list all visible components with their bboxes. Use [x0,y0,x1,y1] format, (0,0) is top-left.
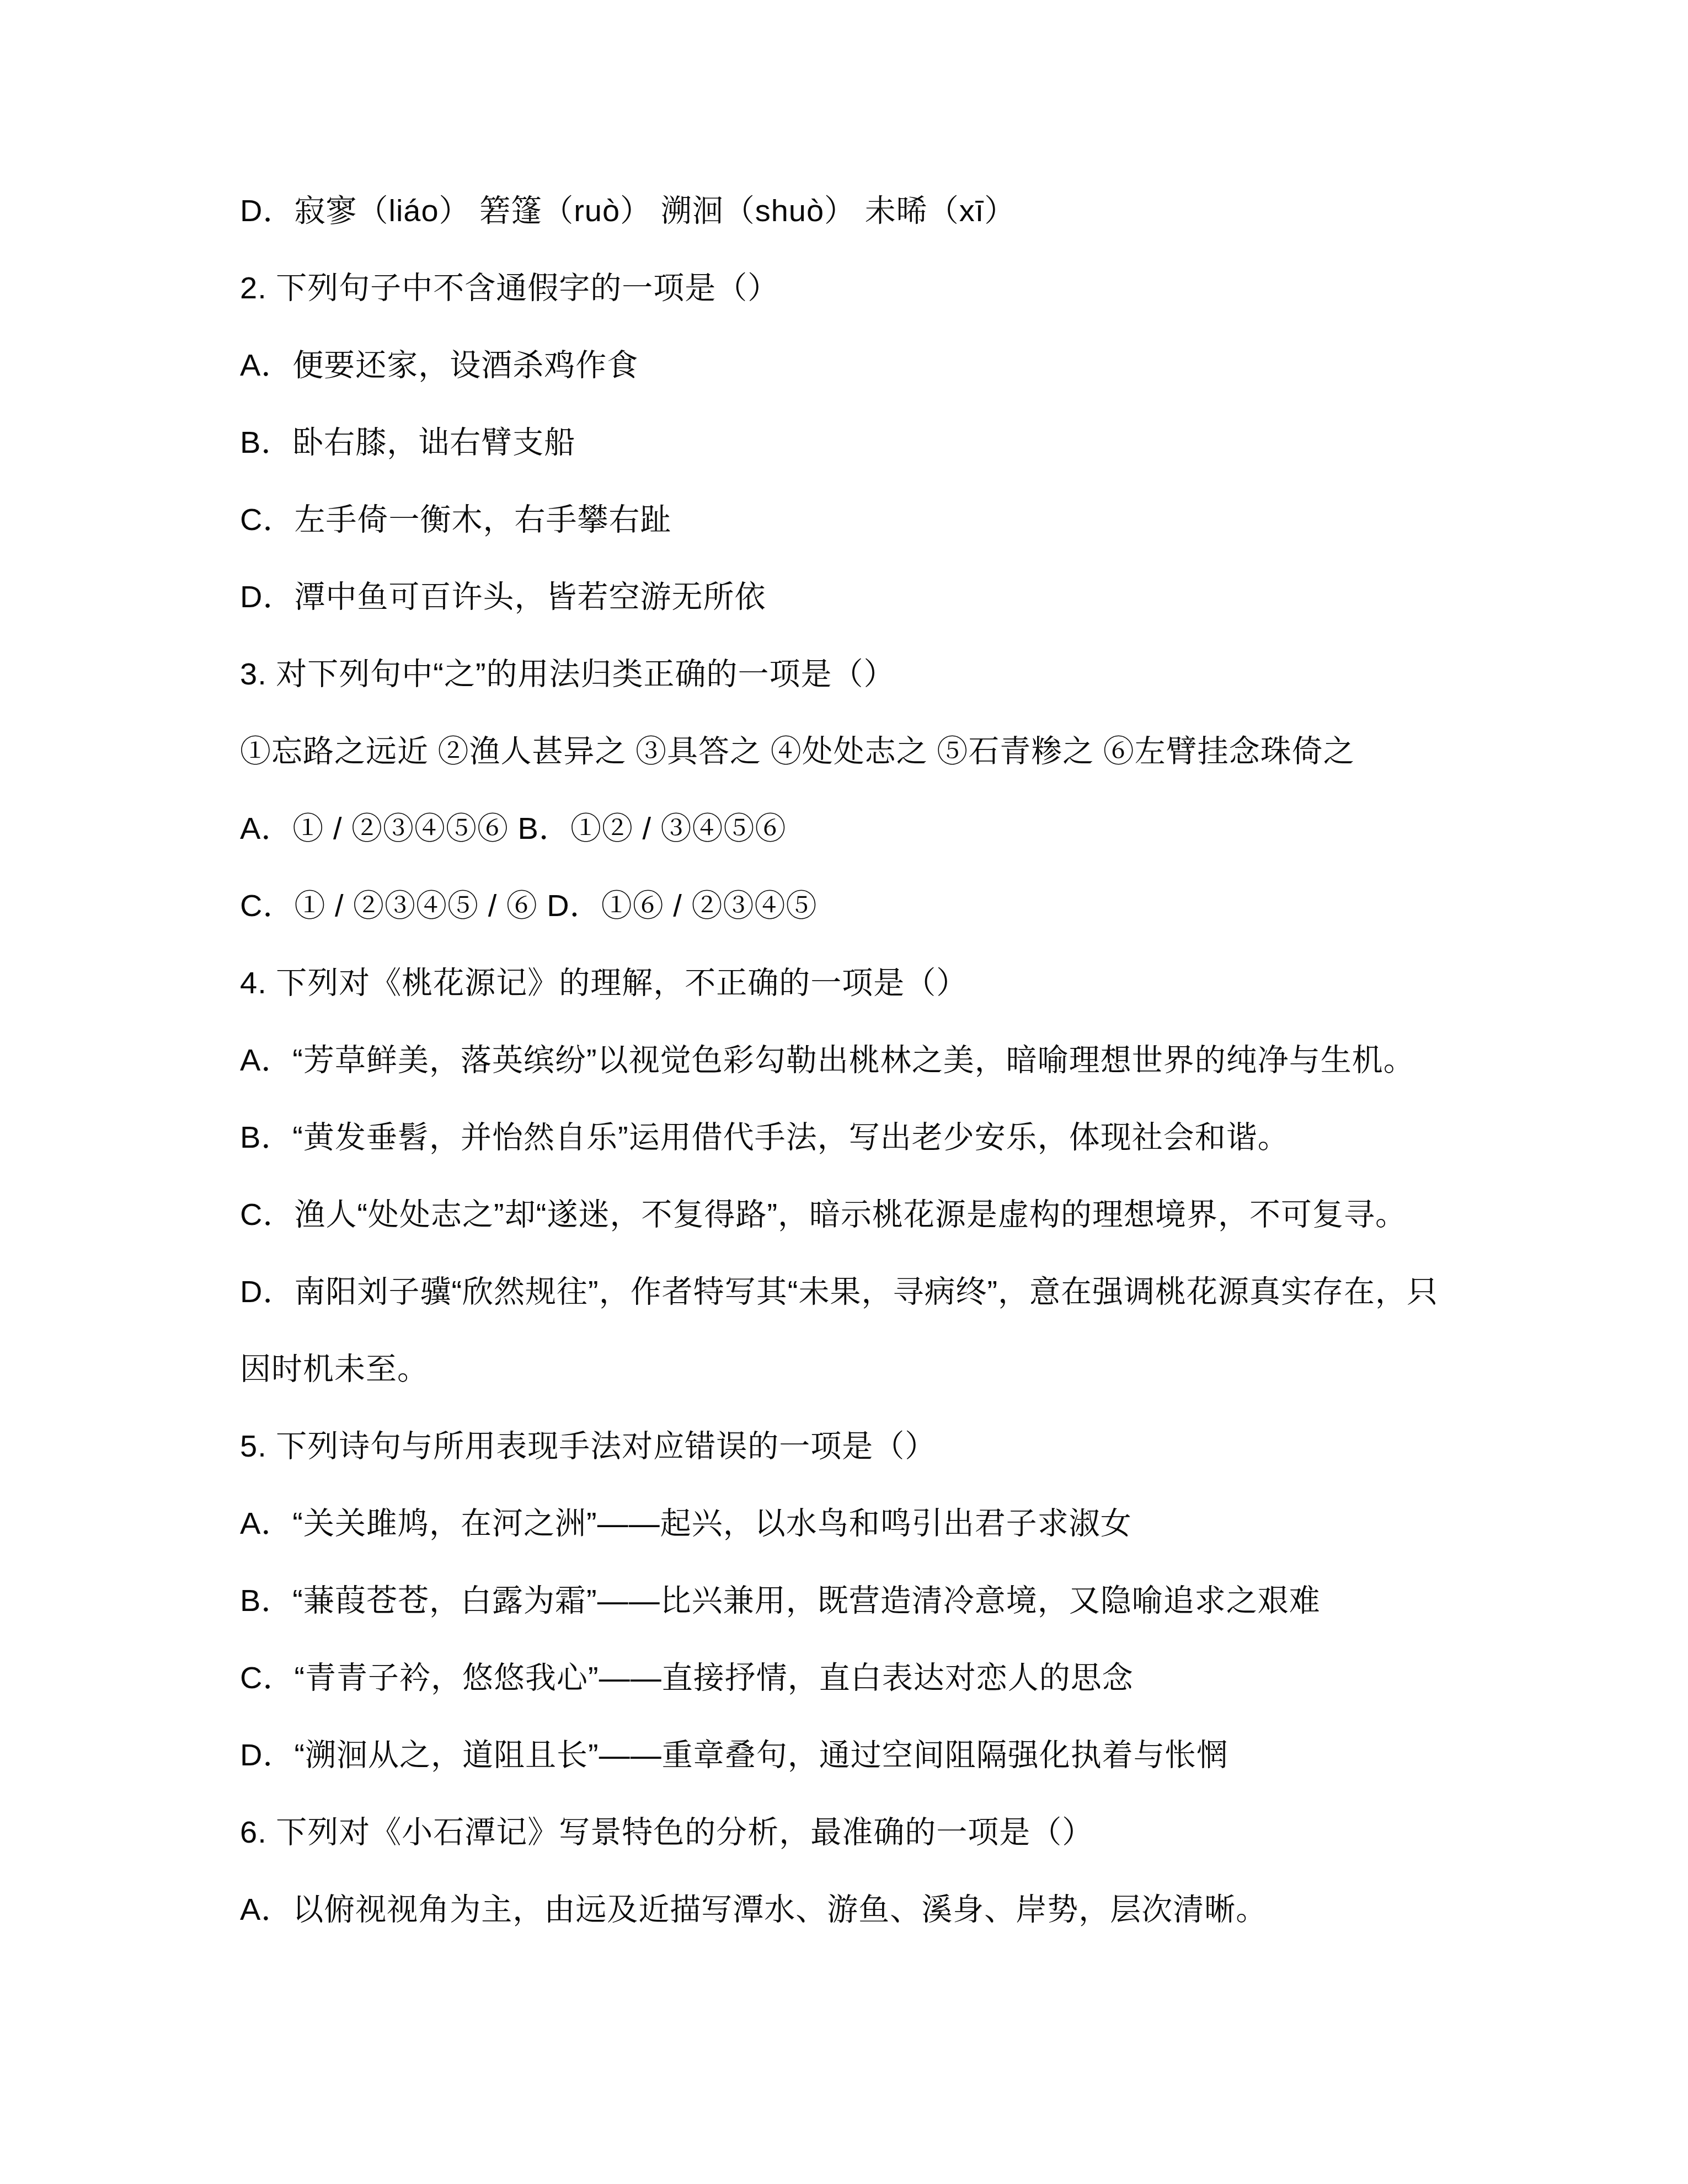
question-2-option-b: B．卧右膝，诎右臂支船 [240,404,1459,481]
question-5-option-a: A．“关关雎鸠，在河之洲”——起兴，以水鸟和鸣引出君子求淑女 [240,1485,1459,1562]
question-2-stem: 2. 下列句子中不含通假字的一项是（） [240,249,1459,326]
question-3-numbered-items: ①忘路之远近 ②渔人甚异之 ③具答之 ④处处志之 ⑤石青糁之 ⑥左臂挂念珠倚之 [240,713,1459,790]
question-3-options-row-cd: C．① / ②③④⑤ / ⑥ D．①⑥ / ②③④⑤ [240,867,1459,944]
question-4-option-c: C．渔人“处处志之”却“遂迷，不复得路”，暗示桃花源是虚构的理想境界，不可复寻。 [240,1176,1459,1253]
question-3-options-row-ab: A．① / ②③④⑤⑥ B．①② / ③④⑤⑥ [240,790,1459,867]
question-5-option-d: D．“溯洄从之，道阻且长”——重章叠句，通过空间阻隔强化执着与怅惘 [240,1716,1459,1794]
question-3-stem: 3. 对下列句中“之”的用法归类正确的一项是（） [240,635,1459,713]
question-6-stem: 6. 下列对《小石潭记》写景特色的分析，最准确的一项是（） [240,1794,1459,1871]
question-2-option-d: D．潭中鱼可百许头，皆若空游无所依 [240,558,1459,635]
question-2-option-a: A．便要还家，设酒杀鸡作食 [240,326,1459,404]
question-4-stem: 4. 下列对《桃花源记》的理解，不正确的一项是（） [240,944,1459,1021]
question-1-option-d: D．寂寥（liáo） 箬篷（ruò） 溯洄（shuò） 未晞（xī） [240,172,1459,249]
exam-text-block: D．寂寥（liáo） 箬篷（ruò） 溯洄（shuò） 未晞（xī） 2. 下列… [240,172,1459,1948]
document-page: D．寂寥（liáo） 箬篷（ruò） 溯洄（shuò） 未晞（xī） 2. 下列… [0,0,1688,2184]
question-5-option-b: B．“蒹葭苍苍，白露为霜”——比兴兼用，既营造清冷意境，又隐喻追求之艰难 [240,1562,1459,1639]
question-5-option-c: C．“青青子衿，悠悠我心”——直接抒情，直白表达对恋人的思念 [240,1639,1459,1716]
question-2-option-c: C．左手倚一衡木，右手攀右趾 [240,481,1459,558]
question-6-option-a: A．以俯视视角为主，由远及近描写潭水、游鱼、溪身、岸势，层次清晰。 [240,1871,1459,1948]
question-4-option-a: A．“芳草鲜美，落英缤纷”以视觉色彩勾勒出桃林之美，暗喻理想世界的纯净与生机。 [240,1021,1459,1099]
question-4-option-d: D．南阳刘子骥“欣然规往”，作者特写其“未果，寻病终”，意在强调桃花源真实存在，… [240,1253,1459,1407]
question-4-option-b: B．“黄发垂髫，并怡然自乐”运用借代手法，写出老少安乐，体现社会和谐。 [240,1099,1459,1176]
question-5-stem: 5. 下列诗句与所用表现手法对应错误的一项是（） [240,1407,1459,1485]
